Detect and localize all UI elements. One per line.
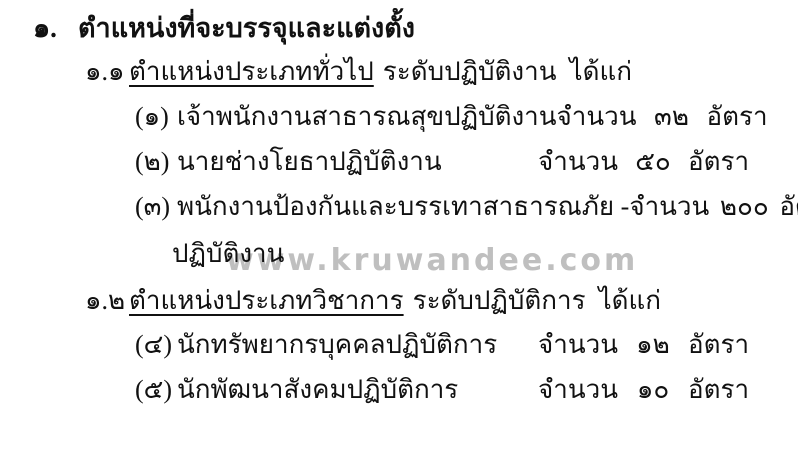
position-row-4: (๔) นักทรัพยากรบุคคลปฏิบัติการ จำนวน ๑๒ … bbox=[0, 329, 798, 362]
position-5-count-label: จำนวน bbox=[538, 374, 618, 407]
position-5-number: (๕) bbox=[135, 374, 177, 407]
heading-text: ตำแหน่งที่จะบรรจุและแต่งตั้ง bbox=[78, 12, 415, 46]
position-2-name: นายช่างโยธาปฏิบัติงาน bbox=[177, 146, 538, 179]
position-5-name: นักพัฒนาสังคมปฏิบัติการ bbox=[177, 374, 538, 407]
scanned-document: { "watermark": { "text": "www.kruwandee.… bbox=[0, 0, 798, 452]
position-row-1: (๑) เจ้าพนักงานสาธารณสุขปฏิบัติงาน จำนวน… bbox=[0, 101, 798, 134]
position-3-count-label: จำนวน bbox=[629, 191, 709, 224]
subsection-1-2-number: ๑.๒ bbox=[85, 285, 129, 318]
position-3-unit: อัตรา bbox=[779, 191, 798, 224]
position-row-5: (๕) นักพัฒนาสังคมปฏิบัติการ จำนวน ๑๐ อัต… bbox=[0, 374, 798, 407]
position-3-number: (๓) bbox=[135, 191, 177, 224]
position-4-unit: อัตรา bbox=[688, 329, 750, 362]
subsection-1-2-title-underlined: ตำแหน่งประเภทวิชาการ bbox=[129, 285, 404, 318]
position-3-name-continuation: ปฏิบัติงาน bbox=[172, 238, 284, 271]
position-row-3-continuation: ปฏิบัติงาน bbox=[0, 238, 798, 271]
heading-number: ๑. bbox=[33, 12, 78, 46]
position-1-unit: อัตรา bbox=[707, 101, 769, 134]
subsection-1-1-heading: ๑.๑ ตำแหน่งประเภททั่วไป ระดับปฏิบัติงาน … bbox=[0, 56, 798, 89]
subsection-1-1-title-rest: ระดับปฏิบัติงาน ได้แก่ bbox=[383, 56, 632, 89]
subsection-1-2-heading: ๑.๒ ตำแหน่งประเภทวิชาการ ระดับปฏิบัติการ… bbox=[0, 285, 798, 318]
document-heading: ๑. ตำแหน่งที่จะบรรจุและแต่งตั้ง bbox=[0, 12, 798, 46]
subsection-1-1-number: ๑.๑ bbox=[85, 56, 129, 89]
position-2-count-label: จำนวน bbox=[538, 146, 618, 179]
position-5-count: ๑๐ bbox=[618, 374, 688, 407]
position-1-count: ๓๒ bbox=[637, 101, 707, 134]
position-row-2: (๒) นายช่างโยธาปฏิบัติงาน จำนวน ๕๐ อัตรา bbox=[0, 146, 798, 179]
subsection-1-1-title-underlined: ตำแหน่งประเภททั่วไป bbox=[129, 56, 374, 89]
position-3-count: ๒๐๐ bbox=[709, 191, 779, 224]
subsection-1-2-title-rest: ระดับปฏิบัติการ ได้แก่ bbox=[413, 285, 661, 318]
position-2-number: (๒) bbox=[135, 146, 177, 179]
position-2-unit: อัตรา bbox=[688, 146, 750, 179]
position-5-unit: อัตรา bbox=[688, 374, 750, 407]
position-4-count-label: จำนวน bbox=[538, 329, 618, 362]
position-2-count: ๕๐ bbox=[618, 146, 688, 179]
position-4-number: (๔) bbox=[135, 329, 177, 362]
position-4-count: ๑๒ bbox=[618, 329, 688, 362]
position-4-name: นักทรัพยากรบุคคลปฏิบัติการ bbox=[177, 329, 538, 362]
position-row-3: (๓) พนักงานป้องกันและบรรเทาสาธารณภัย - จ… bbox=[0, 191, 798, 224]
position-1-name: เจ้าพนักงานสาธารณสุขปฏิบัติงาน bbox=[177, 101, 557, 134]
position-1-number: (๑) bbox=[135, 101, 177, 134]
position-3-name: พนักงานป้องกันและบรรเทาสาธารณภัย - bbox=[177, 191, 629, 224]
position-1-count-label: จำนวน bbox=[557, 101, 637, 134]
